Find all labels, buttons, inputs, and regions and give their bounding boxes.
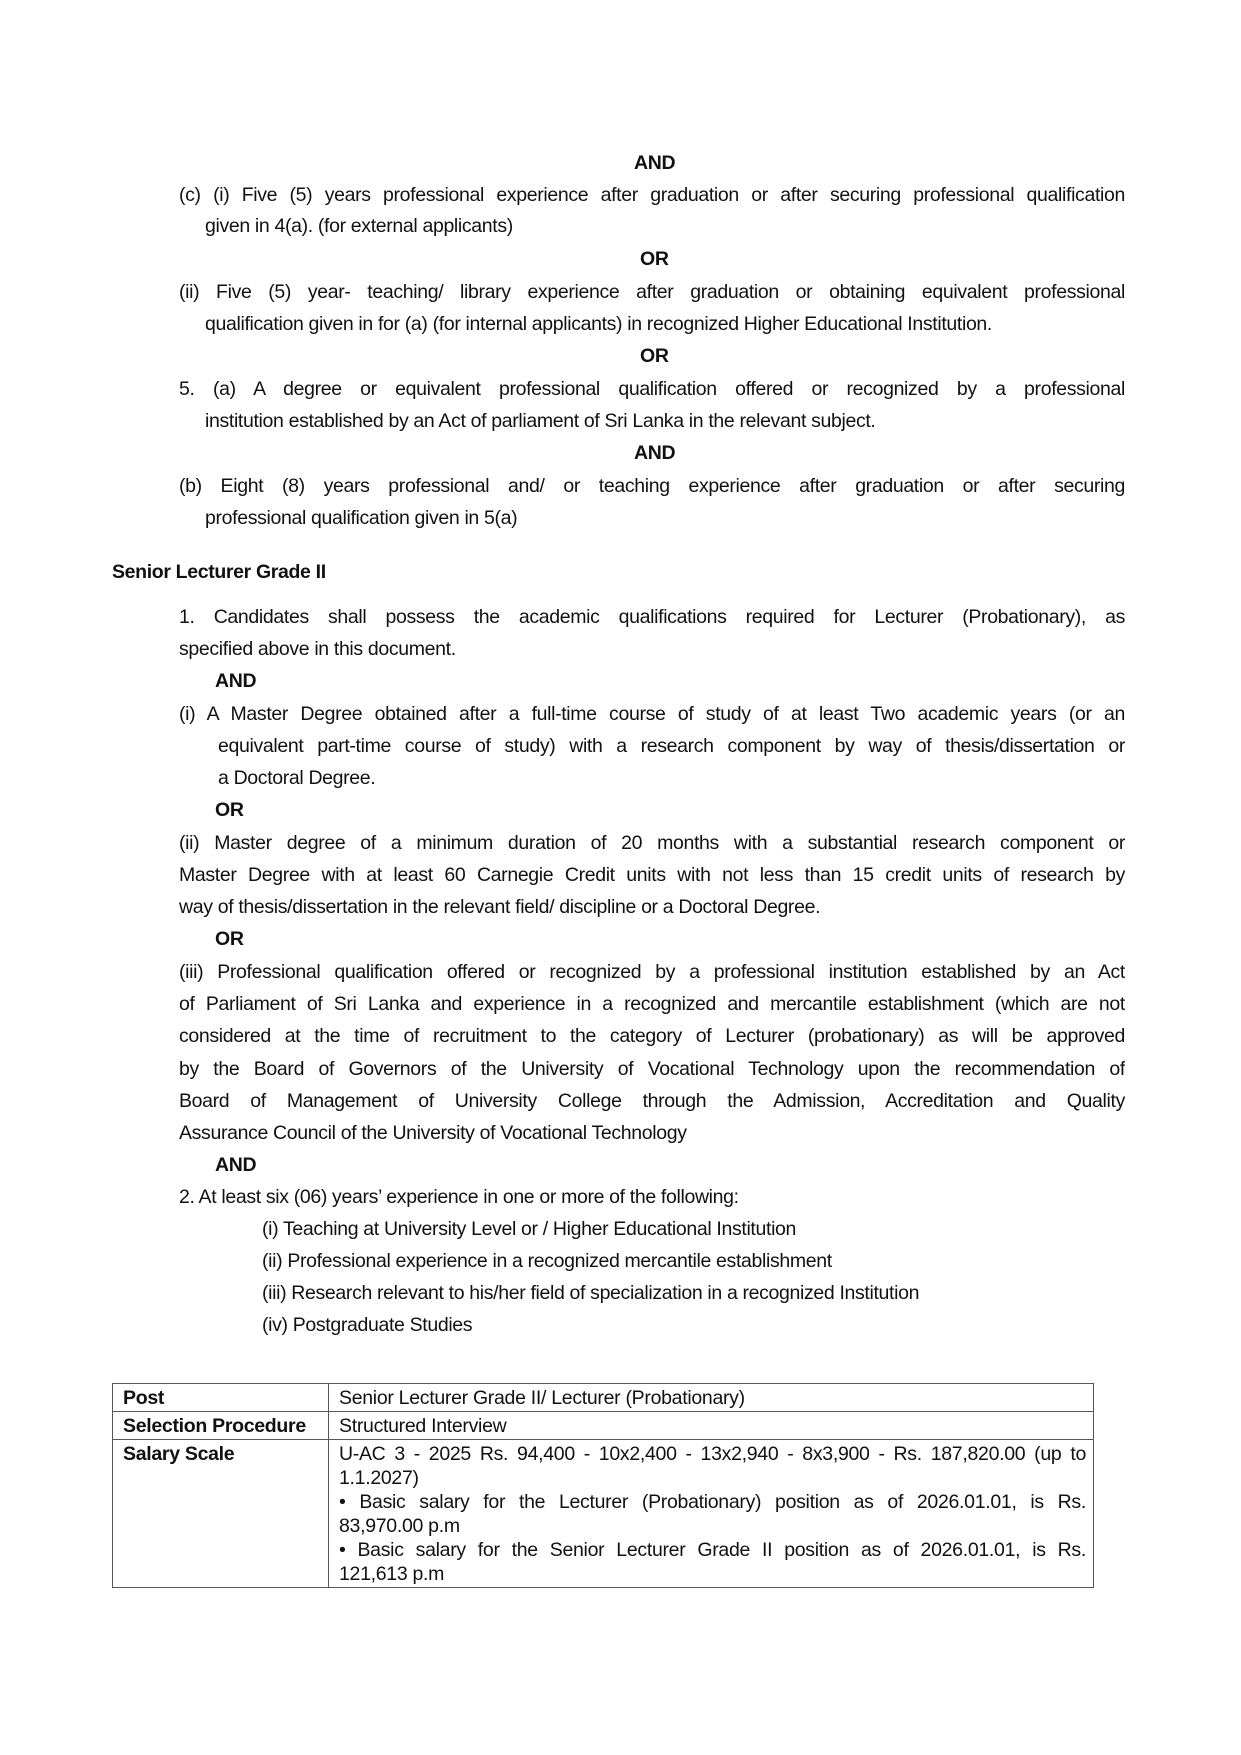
option-iii-line2: of Parliament of Sri Lanka and experienc… — [179, 992, 1125, 1016]
option-i-line2: equivalent part-time course of study) wi… — [218, 734, 1125, 758]
connector-and: AND — [634, 151, 675, 175]
connector-or: OR — [640, 344, 669, 368]
clause-5b-line2: professional qualification given in 5(a) — [205, 506, 517, 530]
salary-scale-line: U-AC 3 - 2025 Rs. 94,400 - 10x2,400 - 13… — [339, 1442, 1086, 1466]
option-iii-line4: by the Board of Governors of the Univers… — [179, 1057, 1125, 1081]
row-label-selection-procedure: Selection Procedure — [113, 1412, 329, 1440]
clause-c-i-line2: given in 4(a). (for external applicants) — [205, 214, 513, 238]
clause-c-ii-line1: (ii) Five (5) year- teaching/ library ex… — [179, 280, 1125, 304]
table-row: Salary Scale U-AC 3 - 2025 Rs. 94,400 - … — [113, 1440, 1094, 1588]
row-value-post: Senior Lecturer Grade II/ Lecturer (Prob… — [329, 1384, 1094, 1412]
table-row: Selection Procedure Structured Interview — [113, 1412, 1094, 1440]
clause-5a-line2: institution established by an Act of par… — [205, 409, 876, 433]
connector-and: AND — [215, 1153, 256, 1177]
salary-senior-lecturer-line: • Basic salary for the Senior Lecturer G… — [339, 1538, 1086, 1562]
option-iii-line6: Assurance Council of the University of V… — [179, 1121, 687, 1145]
option-iii-line3: considered at the time of recruitment to… — [179, 1024, 1125, 1048]
salary-senior-lecturer-amount: 121,613 p.m — [339, 1562, 1086, 1586]
row-label-post: Post — [113, 1384, 329, 1412]
connector-or: OR — [640, 247, 669, 271]
document-page: AND (c) (i) Five (5) years professional … — [0, 0, 1241, 1755]
salary-scale-line: 1.1.2027) — [339, 1466, 1086, 1490]
connector-and: AND — [634, 441, 675, 465]
option-ii-line3: way of thesis/dissertation in the releva… — [179, 895, 820, 919]
requirement-1-line2: specified above in this document. — [179, 637, 456, 661]
row-value-salary-scale: U-AC 3 - 2025 Rs. 94,400 - 10x2,400 - 13… — [329, 1440, 1094, 1588]
salary-lecturer-amount: 83,970.00 p.m — [339, 1514, 1086, 1538]
clause-5b-line1: (b) Eight (8) years professional and/ or… — [179, 474, 1125, 498]
experience-item: (i) Teaching at University Level or / Hi… — [262, 1217, 796, 1241]
section-heading: Senior Lecturer Grade II — [112, 560, 326, 584]
table-row: Post Senior Lecturer Grade II/ Lecturer … — [113, 1384, 1094, 1412]
post-details-table: Post Senior Lecturer Grade II/ Lecturer … — [112, 1383, 1094, 1588]
experience-item: (ii) Professional experience in a recogn… — [262, 1249, 832, 1273]
clause-c-ii-line2: qualification given in for (a) (for inte… — [205, 312, 992, 336]
option-i-line1: (i) A Master Degree obtained after a ful… — [179, 702, 1125, 726]
clause-5a-line1: 5. (a) A degree or equivalent profession… — [179, 377, 1125, 401]
option-i-line3: a Doctoral Degree. — [218, 766, 375, 790]
requirement-1-line1: 1. Candidates shall possess the academic… — [179, 605, 1125, 629]
requirement-2: 2. At least six (06) years’ experience i… — [179, 1185, 739, 1209]
row-value-selection-procedure: Structured Interview — [329, 1412, 1094, 1440]
clause-c-i-line1: (c) (i) Five (5) years professional expe… — [179, 183, 1125, 207]
experience-item: (iii) Research relevant to his/her field… — [262, 1281, 919, 1305]
option-iii-line5: Board of Management of University Colleg… — [179, 1089, 1125, 1113]
experience-item: (iv) Postgraduate Studies — [262, 1313, 472, 1337]
row-label-salary-scale: Salary Scale — [113, 1440, 329, 1588]
option-iii-line1: (iii) Professional qualification offered… — [179, 960, 1125, 984]
option-ii-line2: Master Degree with at least 60 Carnegie … — [179, 863, 1125, 887]
connector-or: OR — [215, 927, 244, 951]
option-ii-line1: (ii) Master degree of a minimum duration… — [179, 831, 1125, 855]
connector-or: OR — [215, 798, 244, 822]
salary-lecturer-line: • Basic salary for the Lecturer (Probati… — [339, 1490, 1086, 1514]
connector-and: AND — [215, 669, 256, 693]
